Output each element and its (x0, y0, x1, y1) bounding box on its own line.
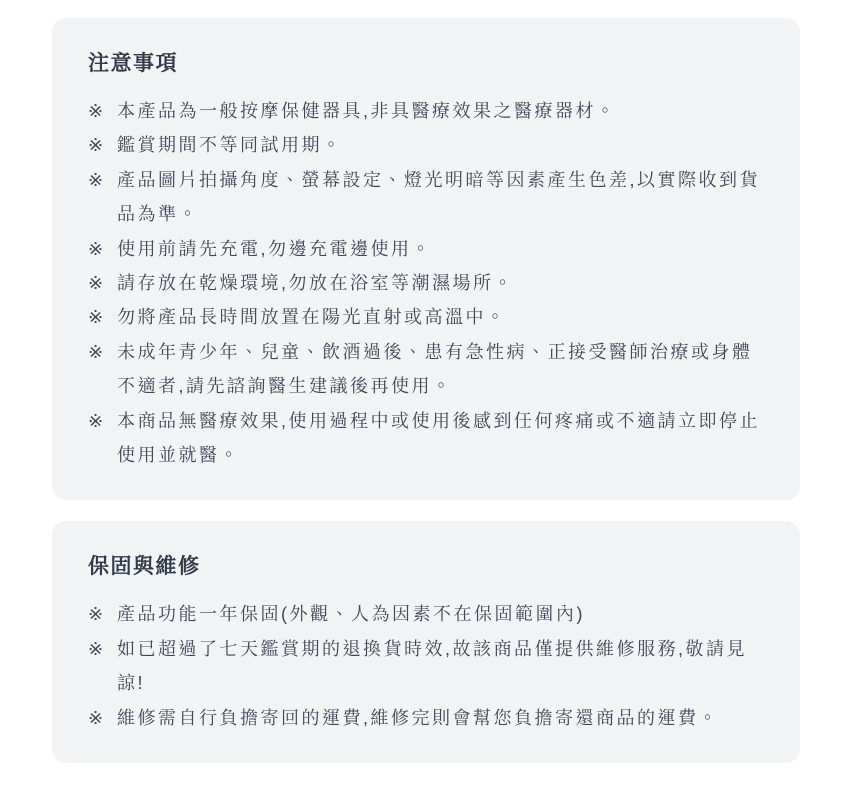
reference-mark-bullet: ※ (88, 300, 117, 334)
reference-mark-bullet: ※ (88, 701, 117, 735)
notice-item-text: 本商品無醫療效果,使用過程中或使用後感到任何疼痛或不適請立即停止使用並就醫。 (117, 404, 764, 473)
notice-section-title: 注意事項 (88, 49, 764, 79)
warranty-item: ※ 如已超過了七天鑑賞期的退換貨時效,故該商品僅提供維修服務,敬請見諒! (88, 632, 764, 701)
notice-item-text: 產品圖片拍攝角度、螢幕設定、燈光明暗等因素產生色差,以實際收到貨品為準。 (117, 163, 764, 232)
notice-item: ※ 鑑賞期間不等同試用期。 (88, 128, 764, 162)
notice-item: ※ 未成年青少年、兒童、飲酒過後、患有急性病、正接受醫師治療或身體不適者,請先諮… (88, 335, 764, 404)
warranty-item-text: 產品功能一年保固(外觀、人為因素不在保固範圍內) (117, 597, 764, 631)
warranty-section-title: 保固與維修 (88, 552, 764, 582)
notice-item-text: 請存放在乾燥環境,勿放在浴室等潮濕場所。 (117, 266, 764, 300)
notice-item: ※ 使用前請先充電,勿邊充電邊使用。 (88, 232, 764, 266)
notice-item-text: 勿將產品長時間放置在陽光直射或高溫中。 (117, 300, 764, 334)
notice-item: ※ 請存放在乾燥環境,勿放在浴室等潮濕場所。 (88, 266, 764, 300)
reference-mark-bullet: ※ (88, 232, 117, 266)
reference-mark-bullet: ※ (88, 404, 117, 438)
notice-item-text: 未成年青少年、兒童、飲酒過後、患有急性病、正接受醫師治療或身體不適者,請先諮詢醫… (117, 335, 764, 404)
warranty-section-card: 保固與維修 ※ 產品功能一年保固(外觀、人為因素不在保固範圍內) ※ 如已超過了… (52, 521, 800, 763)
reference-mark-bullet: ※ (88, 163, 117, 197)
notice-item: ※ 勿將產品長時間放置在陽光直射或高溫中。 (88, 300, 764, 334)
warranty-item: ※ 維修需自行負擔寄回的運費,維修完則會幫您負擔寄還商品的運費。 (88, 701, 764, 735)
notice-item: ※ 產品圖片拍攝角度、螢幕設定、燈光明暗等因素產生色差,以實際收到貨品為準。 (88, 163, 764, 232)
reference-mark-bullet: ※ (88, 597, 117, 631)
notice-list: ※ 本產品為一般按摩保健器具,非具醫療效果之醫療器材。 ※ 鑑賞期間不等同試用期… (88, 94, 764, 472)
reference-mark-bullet: ※ (88, 632, 117, 666)
warranty-item-text: 維修需自行負擔寄回的運費,維修完則會幫您負擔寄還商品的運費。 (117, 701, 764, 735)
notice-item: ※ 本產品為一般按摩保健器具,非具醫療效果之醫療器材。 (88, 94, 764, 128)
reference-mark-bullet: ※ (88, 128, 117, 162)
notice-section-card: 注意事項 ※ 本產品為一般按摩保健器具,非具醫療效果之醫療器材。 ※ 鑑賞期間不… (52, 18, 800, 500)
notice-item-text: 使用前請先充電,勿邊充電邊使用。 (117, 232, 764, 266)
warranty-item: ※ 產品功能一年保固(外觀、人為因素不在保固範圍內) (88, 597, 764, 631)
warranty-item-text: 如已超過了七天鑑賞期的退換貨時效,故該商品僅提供維修服務,敬請見諒! (117, 632, 764, 701)
warranty-list: ※ 產品功能一年保固(外觀、人為因素不在保固範圍內) ※ 如已超過了七天鑑賞期的… (88, 597, 764, 735)
notice-item-text: 鑑賞期間不等同試用期。 (117, 128, 764, 162)
notice-item: ※ 本商品無醫療效果,使用過程中或使用後感到任何疼痛或不適請立即停止使用並就醫。 (88, 404, 764, 473)
reference-mark-bullet: ※ (88, 335, 117, 369)
notice-item-text: 本產品為一般按摩保健器具,非具醫療效果之醫療器材。 (117, 94, 764, 128)
product-notes-page: 注意事項 ※ 本產品為一般按摩保健器具,非具醫療效果之醫療器材。 ※ 鑑賞期間不… (0, 0, 850, 763)
reference-mark-bullet: ※ (88, 94, 117, 128)
reference-mark-bullet: ※ (88, 266, 117, 300)
